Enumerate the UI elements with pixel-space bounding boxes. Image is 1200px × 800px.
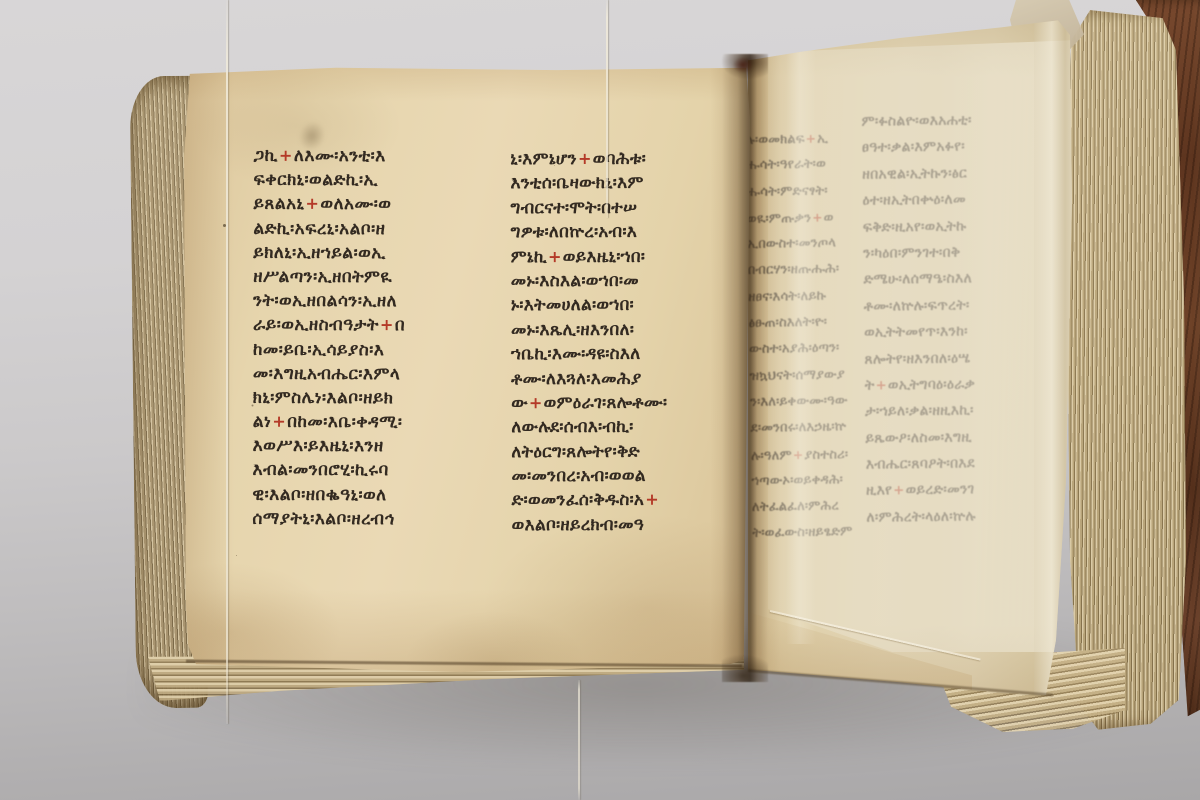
text-line: መኑ፡እስእል፡ወኀበ፡መ: [511, 269, 667, 294]
fore-edge-right-page-block: [1058, 8, 1192, 734]
text-line: ይጸልአኒ+ወለአሙ፡ወ: [253, 192, 405, 217]
text-line: እብል፡መንበሮሂ፡ኪሩባ: [252, 458, 404, 483]
red-cross-mark: +: [271, 412, 287, 431]
text-line: ወእልቦ፡ዘይረክብ፡መዓ: [512, 513, 668, 538]
red-cross-mark: +: [547, 247, 563, 266]
guard-sheen: [786, 44, 816, 644]
text-line: ኑ፡እትመሀለል፡ወኀበ፡: [511, 293, 667, 318]
text-line: ልነ+በከመ፡እቤ፡ቀዳሚ፡: [253, 410, 405, 435]
text-line: ምኔኪ+ወይእዜኒ፡ኀበ፡: [511, 244, 667, 269]
left-page: ጋኪ+ለእሙ፡አንቲ፡እፍቀርክኒ፡ወልድኪ፡ኢይጸልአኒ+ወለአሙ፡ወልድኪ፡…: [183, 64, 750, 682]
red-cross-mark: +: [528, 393, 544, 412]
right-page: ሉ፡ወመክልፍ+ኢሑሳት፡ዓየራት፡ወሑሳት፡ምድናፃት፡ወዪ፡ምጡቃን+ወኢበ…: [744, 14, 1078, 716]
text-line: ሰማያትኒ፡እልቦ፡ዘረብኅ: [252, 507, 404, 532]
text-line: ው+ወምዕራገ፡ጸሎቶሙ፡: [511, 391, 667, 416]
gutter-shadow: [722, 54, 768, 682]
mounting-thread-bottom: [578, 680, 580, 800]
text-line: ለውሉደ፡ሰብእ፡ብኪ፡: [511, 415, 667, 440]
text-line: እወሥእ፡ይእዜኒ፡እንዘ: [253, 434, 405, 459]
text-line: መኑ፡እጼሊ፡ዘእንበለ፡: [511, 317, 667, 342]
red-cross-mark: +: [379, 315, 395, 334]
text-line: ድ፡ወመንፈሰ፡ቅዱስ፡አ+: [512, 488, 668, 513]
spine-head-notch: [729, 54, 757, 76]
text-column-left-1: ጋኪ+ለእሙ፡አንቲ፡እፍቀርክኒ፡ወልድኪ፡ኢይጸልአኒ+ወለአሙ፡ወልድኪ፡…: [252, 144, 405, 532]
text-line: መ፡እግዚአብሔር፡እምላ: [253, 361, 405, 386]
text-line: ዊ፡እልቦ፡ዘበቈዓኒ፡ወለ: [252, 482, 404, 507]
text-line: ይክለኒ፡ኢዘኀይል፡ወኢ: [253, 240, 405, 265]
text-line: ልድኪ፡አፍረኒ፡አልቦ፡ዘ: [253, 216, 405, 241]
mounting-thread-left: [226, 0, 228, 724]
photo-stage: ሉ፡ወመክልፍ+ኢሑሳት፡ዓየራት፡ወሑሳት፡ምድናፃት፡ወዪ፡ምጡቃን+ወኢበ…: [0, 0, 1200, 800]
text-line: ቶሙ፡ለእጓለ፡እመሕያ: [511, 366, 667, 391]
mounting-thread-center: [606, 0, 608, 218]
text-line: ለትዕርግ፡ጸሎትየ፡ቅድ: [511, 439, 667, 464]
text-line: ክኒ፡ምስሌነ፡እልቦ፡ዘይክ: [253, 386, 405, 411]
text-column-left-2: ኒ፡እምኔሆን+ወባሕቱ፡እንቲሰ፡ቤዛውክኒ፡እምግብርናተ፡ሞት፡በተሠግዎ…: [510, 147, 667, 538]
text-line: ንት፡ወኢዘበልሳን፡ኢዘለ: [253, 289, 405, 314]
text-line: እንቲሰ፡ቤዛውክኒ፡እም: [510, 171, 666, 196]
red-cross-mark: +: [577, 149, 593, 168]
red-cross-mark: +: [278, 146, 294, 165]
text-line: ራይ፡ወኢዘስብዓታት+በ: [253, 313, 405, 338]
text-line: ከመ፡ይቤ፡ኢሳይያስ፡እ: [253, 337, 405, 362]
text-line: ኀቤኪ፡እሙ፡ዳዩ፡ስእለ: [511, 342, 667, 367]
red-cross-mark: +: [644, 490, 660, 509]
text-line: ዘሥልጣን፡ኢዘበትምዪ: [253, 265, 405, 290]
text-line: ግብርናተ፡ሞት፡በተሠ: [510, 196, 666, 221]
text-line: ግዎቱ፡ለበኵረ፡አብ፡እ: [511, 220, 667, 245]
text-line: መ፡መንበረ፡አብ፡ወወል: [511, 464, 667, 489]
text-line: ፍቀርክኒ፡ወልድኪ፡ኢ: [254, 168, 406, 193]
red-cross-mark: +: [304, 194, 320, 213]
text-line: ጋኪ+ለእሙ፡አንቲ፡እ: [254, 144, 406, 169]
text-line: ኒ፡እምኔሆን+ወባሕቱ፡: [510, 147, 666, 172]
